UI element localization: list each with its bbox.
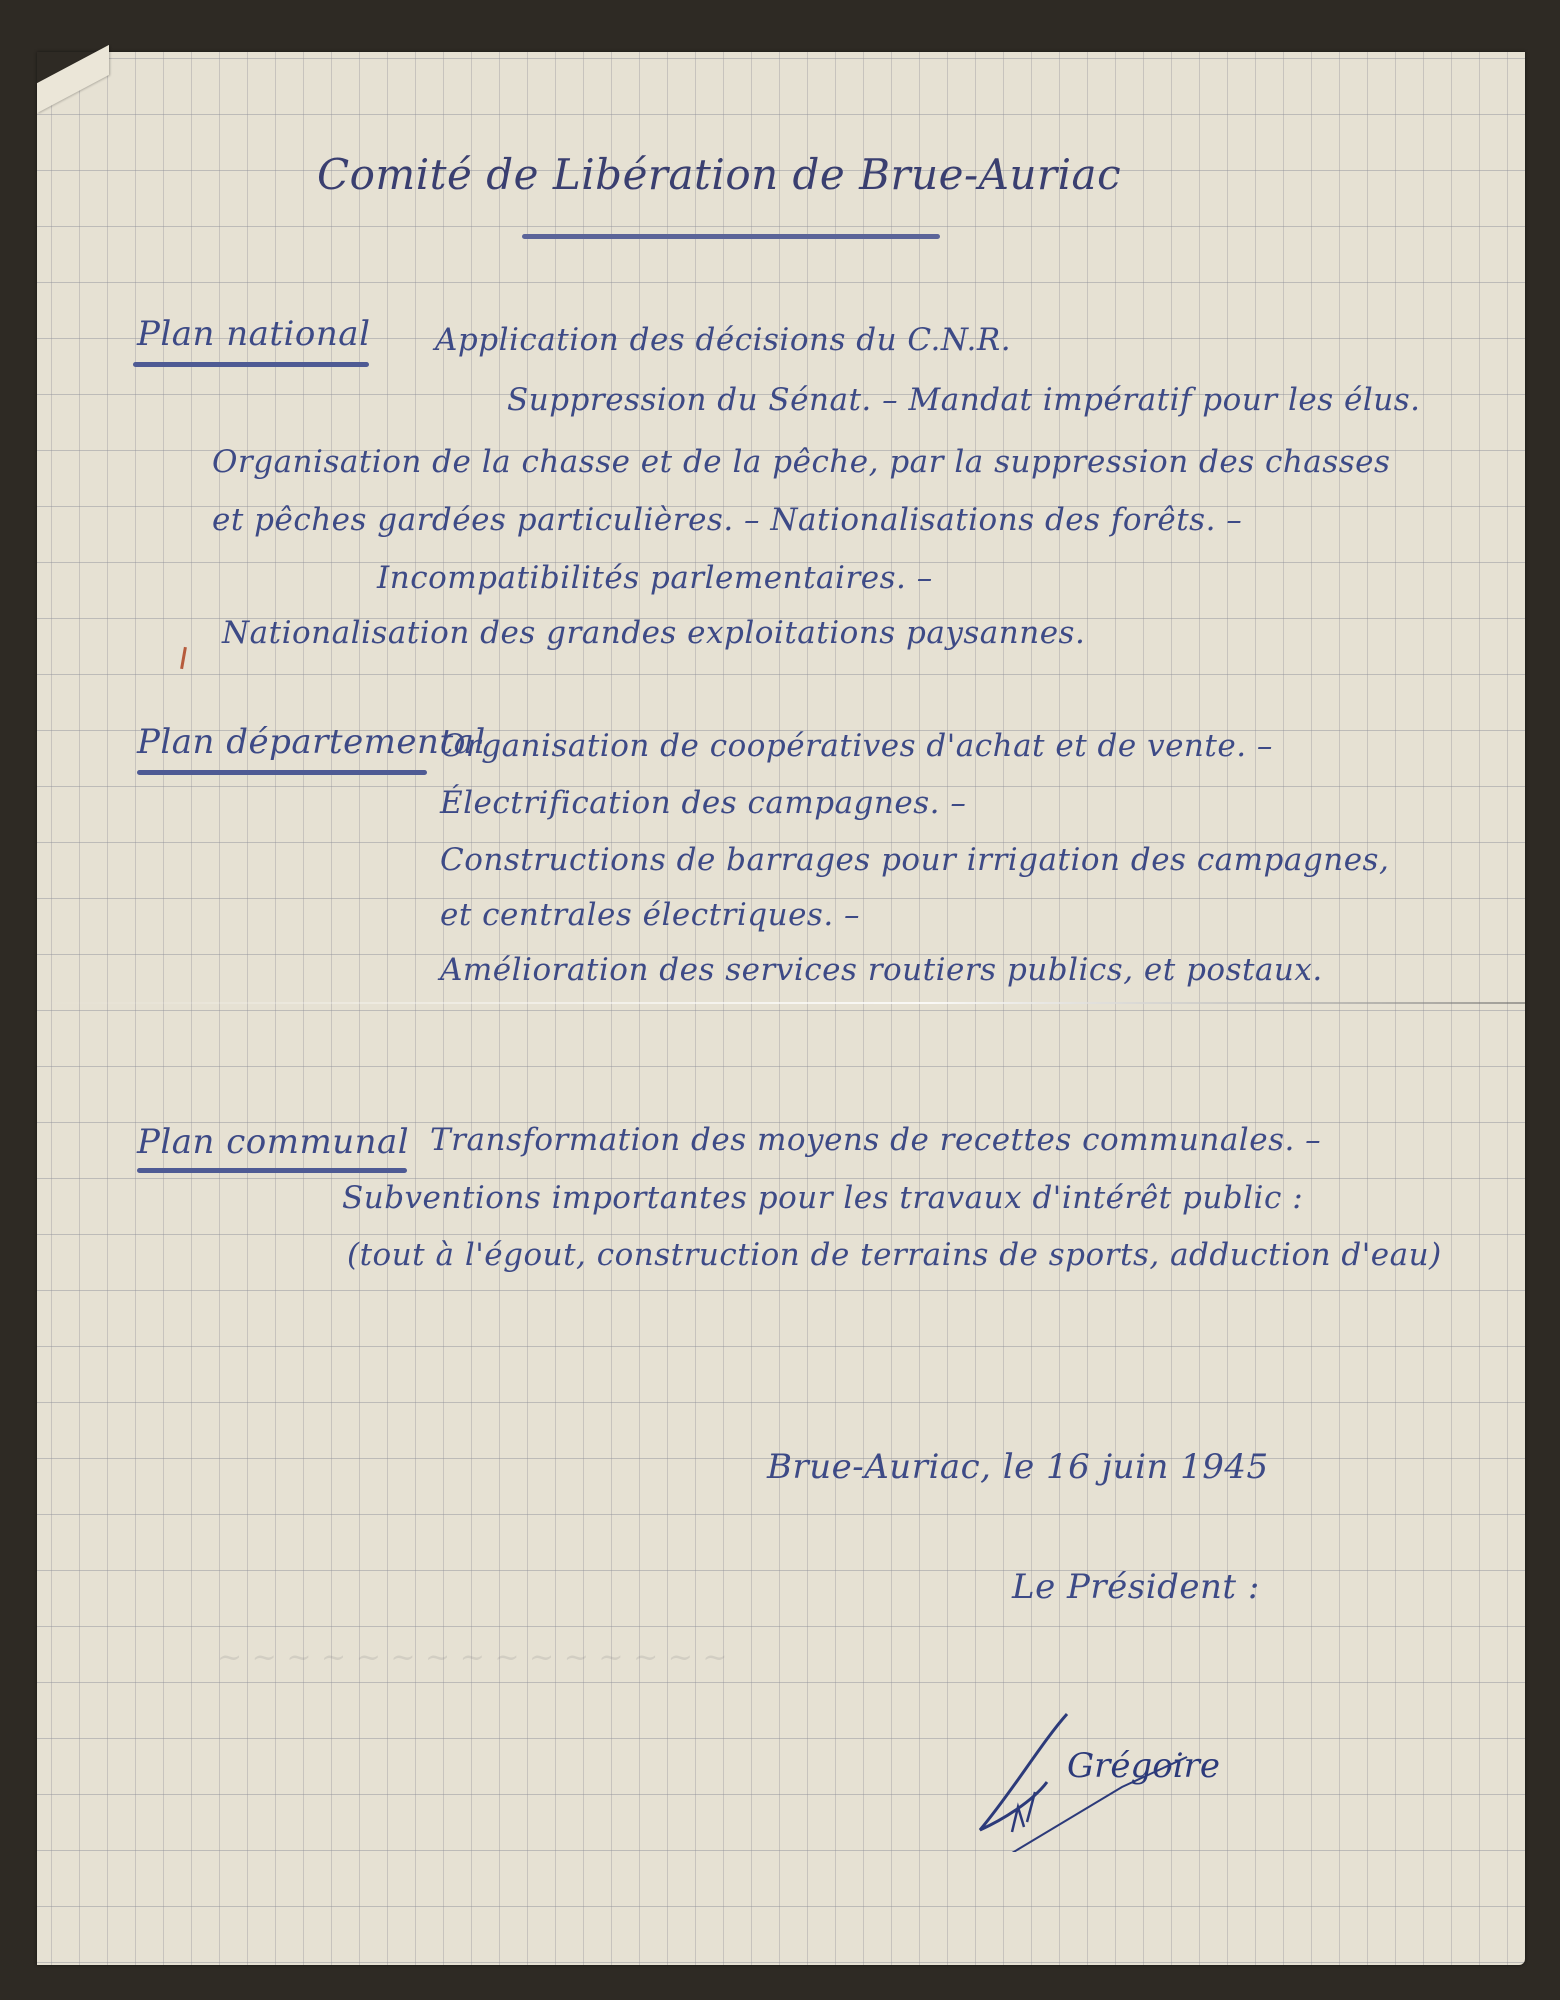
national-line-4: et pêches gardées particulières. – Natio…	[212, 502, 1242, 538]
signature-text: Grégoire	[1067, 1746, 1220, 1786]
national-line-2: Suppression du Sénat. – Mandat impératif…	[507, 382, 1420, 418]
national-line-3: Organisation de la chasse et de la pêche…	[212, 444, 1390, 480]
section-heading-communal: Plan communal	[137, 1122, 409, 1162]
paper-fold-crease	[37, 1002, 1525, 1004]
departmental-line-3: Constructions de barrages pour irrigatio…	[440, 842, 1389, 878]
show-through-text: ~ ~ ~ ~ ~ ~ ~ ~ ~ ~ ~ ~ ~ ~ ~	[217, 1640, 728, 1675]
national-line-1: Application des décisions du C.N.R.	[435, 322, 1011, 358]
national-line-6: Nationalisation des grandes exploitation…	[222, 615, 1085, 651]
heading-underline	[133, 362, 369, 367]
national-line-5: Incompatibilités parlementaires. –	[377, 560, 933, 596]
section-heading-departmental: Plan départemental	[137, 722, 486, 762]
heading-underline	[137, 770, 427, 775]
communal-line-2: Subventions importantes pour les travaux…	[342, 1180, 1303, 1216]
document-page: Comité de Libération de Brue-Auriac Plan…	[37, 52, 1525, 1965]
document-title: Comité de Libération de Brue-Auriac	[317, 150, 1121, 199]
departmental-line-2: Électrification des campagnes. –	[440, 785, 966, 821]
signature-icon: Grégoire	[972, 1702, 1272, 1852]
departmental-line-5: Amélioration des services routiers publi…	[440, 952, 1323, 988]
section-heading-national: Plan national	[137, 314, 370, 354]
place-date: Brue-Auriac, le 16 juin 1945	[767, 1447, 1269, 1487]
title-underline	[522, 234, 940, 239]
departmental-line-1: Organisation de coopératives d'achat et …	[440, 728, 1273, 764]
signatory-title: Le Président :	[1012, 1567, 1260, 1607]
communal-line-1: Transformation des moyens de recettes co…	[430, 1122, 1321, 1158]
heading-underline	[137, 1168, 407, 1173]
departmental-line-4: et centrales électriques. –	[440, 897, 860, 933]
communal-line-3: (tout à l'égout, construction de terrain…	[347, 1237, 1442, 1273]
ink-stain	[180, 647, 187, 669]
